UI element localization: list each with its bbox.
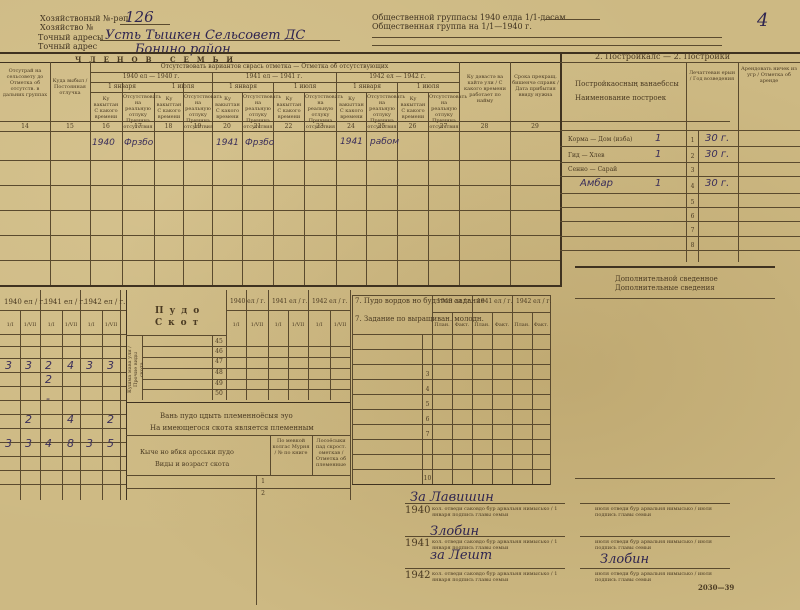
farm-number-label-ru: Хозяйство №: [40, 23, 94, 32]
building-num-2: 2: [687, 153, 698, 160]
c-sub-1: 1/I: [226, 322, 246, 328]
right-caption-3: июля отведи бур арвальня нимысько / июля…: [595, 571, 725, 583]
livestock-year-1940: 1940 ел / г.: [4, 298, 45, 306]
ls-r7-c5: 3: [86, 437, 93, 450]
household-register-page: Хозяйствоный №-рәп Хозяйство № 126 Точны…: [0, 0, 800, 610]
ls-r6-c2: 2: [25, 413, 32, 426]
period-1940-label: 1940 ел — 1940 г.: [91, 74, 211, 80]
breeding-label: Вань пудо цдыть племенноёсыя эуо: [160, 412, 293, 420]
livestock-year-1942: 1942 ел / г.: [84, 298, 125, 306]
period-1942-label: 1942 ел — 1942 г.: [337, 74, 458, 80]
address-label: Точный адресы: [38, 33, 103, 42]
ls-center-year-1941: 1941 ел / г.: [272, 298, 307, 305]
col-num-29: 29: [510, 123, 560, 130]
col-num-26: 26: [397, 123, 428, 130]
period-1940-jan: 1 января: [91, 84, 153, 90]
building-year-4: 30 г.: [705, 178, 729, 189]
signature-year-1941: 1941: [405, 538, 430, 549]
ls-row-47: 47: [212, 358, 226, 365]
col-num-24: 24: [336, 123, 366, 130]
kinds-label: Кыче но вбкя арсськи пудо: [140, 448, 234, 456]
building-count-1: 1: [655, 133, 661, 144]
plan-year-1942: 1942 ел / г.: [516, 298, 551, 305]
ls-row-46: 46: [212, 348, 226, 355]
building-count-2: 1: [655, 149, 661, 160]
signature-year-1940: 1940: [405, 505, 430, 516]
c-sub-2: 1/VII: [246, 322, 268, 328]
plan-row-5: 5: [423, 401, 432, 408]
sub-1941-jan: 1/I: [40, 322, 62, 328]
social-group-label-ru: Общественная группа на 1/1—1940 г.: [372, 22, 532, 31]
plan-sub-1: План.: [432, 322, 452, 328]
period-1941-jul: 1 июля: [274, 84, 336, 90]
ls-r4-c3: 2: [45, 373, 52, 386]
ls-r7-c4: 8: [67, 437, 74, 450]
col-num-14: 14: [0, 123, 50, 130]
building-name-1: Корма — Дом (изба): [568, 136, 632, 143]
page-number: 4: [757, 10, 768, 31]
livestock-year-1941: 1941 ел / г.: [44, 298, 85, 306]
col-num-25: 25: [366, 123, 397, 130]
c-sub-5: 1/I: [308, 322, 330, 328]
ls-center-year-1942: 1942 ел / г.: [312, 298, 347, 305]
additional-info-title: Дополнительной сведенное: [615, 275, 718, 283]
col-22-header: Ку вакыттан С какого времени: [274, 96, 304, 120]
col-num-21: 21: [242, 123, 273, 130]
additional-info-title-ru: Дополнительные сведения: [615, 284, 715, 292]
col-num-20: 20: [212, 123, 242, 130]
sub-1942-jan: 1/I: [80, 322, 102, 328]
plan-year-1940: 1940 ел / г.: [437, 298, 472, 305]
col-num-22: 22: [273, 123, 304, 130]
ls-r3-c1: 3: [5, 359, 12, 372]
signature-1942: за Лешт: [430, 548, 492, 563]
absence-table-title: Отсутствовать вариантов сврась отметка —…: [92, 64, 457, 70]
ls-r3-c4: 4: [67, 359, 74, 372]
building-num-4: 4: [687, 183, 698, 190]
ls-r3-c2: 3: [25, 359, 32, 372]
c-sub-4: 1/VII: [288, 322, 308, 328]
building-name-3: Сенно — Сарай: [568, 166, 617, 173]
ls-r6-c6: 2: [107, 413, 114, 426]
col-26-header: Ку вакыттан С какого времени: [398, 96, 428, 120]
qty-header: По мевкой колгас Мурня / № по книге: [271, 438, 311, 456]
entry-c17: Фрзбо: [124, 138, 153, 148]
signature-year-1942: 1942: [405, 570, 430, 581]
col-28-header: Ку дәвастә ва кайтә ули / С какого време…: [461, 74, 509, 104]
entry-c24: 1941: [340, 137, 363, 147]
col-24-header: Ку вакыттан С какого времени: [337, 96, 366, 120]
col-18-header: Ку вакыттан С какого времени: [155, 96, 183, 120]
plan-year-1941: 1941 ел / г.: [477, 298, 512, 305]
kind-row-1: 1: [256, 478, 270, 485]
livestock-title-ru: Скот: [155, 318, 204, 328]
col-20-header: Ку вакыттан С какого времени: [213, 96, 242, 120]
breeding-label-ru: На имеющегося скота является племенным: [150, 424, 314, 432]
address-label-ru: Точный адрес: [38, 42, 97, 51]
col-num-15: 15: [50, 123, 90, 130]
right-caption-2: июля отведи бур арвальня нимысько / июля…: [595, 539, 725, 551]
plan-row-10: 10: [423, 475, 432, 482]
col-14-header: Отсутрай на сельсовету до Отметка об отс…: [1, 68, 49, 98]
col-num-16: 16: [90, 123, 122, 130]
ls-r5-c3: -: [46, 392, 50, 405]
plan-sub-6: Факт.: [532, 322, 550, 328]
ls-row-49: 49: [212, 380, 226, 387]
plan-row-7: 7: [423, 431, 432, 438]
c-sub-6: 1/VII: [330, 322, 350, 328]
buildings-rent-header: Арендовать ничек из угр / Отметка об аре…: [740, 66, 798, 84]
ls-r3-c3: 2: [45, 359, 52, 372]
signature-caption-1940: кол. отведи саковдо бур арвальня нимыськ…: [432, 506, 562, 518]
right-caption-1: июля отведи бур арвальня нимысько / июля…: [595, 506, 725, 518]
kinds-label-ru: Виды и возраст скота: [155, 460, 229, 468]
period-1941-label: 1941 ел — 1941 г.: [213, 74, 335, 80]
ls-r7-c3: 4: [45, 437, 52, 450]
building-num-6: 6: [687, 213, 698, 220]
sub-1940-jan: 1/I: [0, 322, 20, 328]
buildings-year-header: Лечаттеван ерын / Год возведения: [688, 70, 736, 82]
ls-r6-c4: 4: [67, 413, 74, 426]
buildings-section-title: 2. Постройкалс — 2. Постройки: [595, 52, 730, 61]
period-1941-jan: 1 января: [213, 84, 273, 90]
col-num-27: 27: [428, 123, 459, 130]
ls-r3-c6: 3: [107, 359, 114, 372]
entry-c20: 1941: [216, 138, 239, 148]
col-num-19: 19: [183, 123, 212, 130]
ls-row-45: 45: [212, 338, 226, 345]
building-num-3: 3: [687, 167, 698, 174]
building-num-1: 1: [687, 137, 698, 144]
c-sub-3: 1/I: [268, 322, 288, 328]
ls-r7-c6: 5: [107, 437, 114, 450]
col-29-header: Срока прекращ. бишенчә справк / Дата при…: [512, 74, 559, 98]
building-num-7: 7: [687, 227, 698, 234]
plan-row-6: 6: [423, 416, 432, 423]
entry-c16: 1940: [92, 138, 115, 148]
building-name-2: Гид — Хлев: [568, 152, 605, 159]
building-num-8: 8: [687, 242, 698, 249]
form-code: 2030—39: [698, 583, 734, 592]
ls-r7-c1: 3: [5, 437, 12, 450]
col-num-23: 23: [304, 123, 336, 130]
signature-caption-1942: кол. отведи саковдо бур арвальня нимыськ…: [432, 571, 562, 583]
ls-r7-c2: 3: [25, 437, 32, 450]
buildings-name-header-ru: Наименование построек: [575, 94, 666, 102]
plan-sub-3: План.: [472, 322, 492, 328]
building-year-1: 30 г.: [705, 133, 729, 144]
social-group-label: Общественной группасы 1940 елда 1/1-дәса…: [372, 13, 566, 22]
sub-1940-jul: 1/VII: [20, 322, 40, 328]
plan-sub-2: Факт.: [452, 322, 472, 328]
plan-sub-4: Факт.: [492, 322, 512, 328]
livestock-title: Пудо: [155, 306, 205, 316]
kind-row-2: 2: [256, 490, 270, 497]
period-1942-jul: 1 июля: [398, 84, 458, 90]
entry-c25: рабом: [370, 137, 399, 147]
period-1940-jul: 1 июля: [154, 84, 212, 90]
period-1942-jan: 1 января: [337, 84, 397, 90]
ls-row-50: 50: [212, 390, 226, 397]
plan-row-3: 3: [423, 371, 432, 378]
building-count-4: 1: [655, 178, 661, 189]
col-num-17: 17: [122, 123, 154, 130]
col-num-28: 28: [459, 123, 510, 130]
livestock-side-label: Кушма мава ули / Прочие виды скота: [127, 345, 141, 395]
plan-row-4: 4: [423, 386, 432, 393]
sub-1941-jul: 1/VII: [62, 322, 80, 328]
ls-row-48: 48: [212, 369, 226, 376]
building-name-4: Амбар: [580, 178, 613, 189]
building-year-2: 30 г.: [705, 149, 729, 160]
building-num-5: 5: [687, 199, 698, 206]
col-15-header: Куда выбыл / Постоянная отлучка: [51, 78, 89, 96]
entry-c21: Фрзбо: [245, 138, 274, 148]
ls-r3-c5: 3: [86, 359, 93, 372]
col-16-header: Ку вакыттан С какого времени: [91, 96, 121, 120]
farm-number-label: Хозяйствоный №-рәп: [40, 14, 129, 23]
right-signature-3: Злобин: [600, 552, 649, 567]
plan-sub-5: План.: [512, 322, 532, 328]
buildings-name-header: Постройкаосның ванаебссы: [575, 80, 679, 88]
col-num-18: 18: [154, 123, 183, 130]
sub-1942-jul: 1/VII: [102, 322, 120, 328]
ls-center-year-1940: 1940 ел / г.: [230, 298, 265, 305]
mark-header: Лосоёсыки пад скрост. ометкав / Отметка …: [313, 438, 349, 468]
